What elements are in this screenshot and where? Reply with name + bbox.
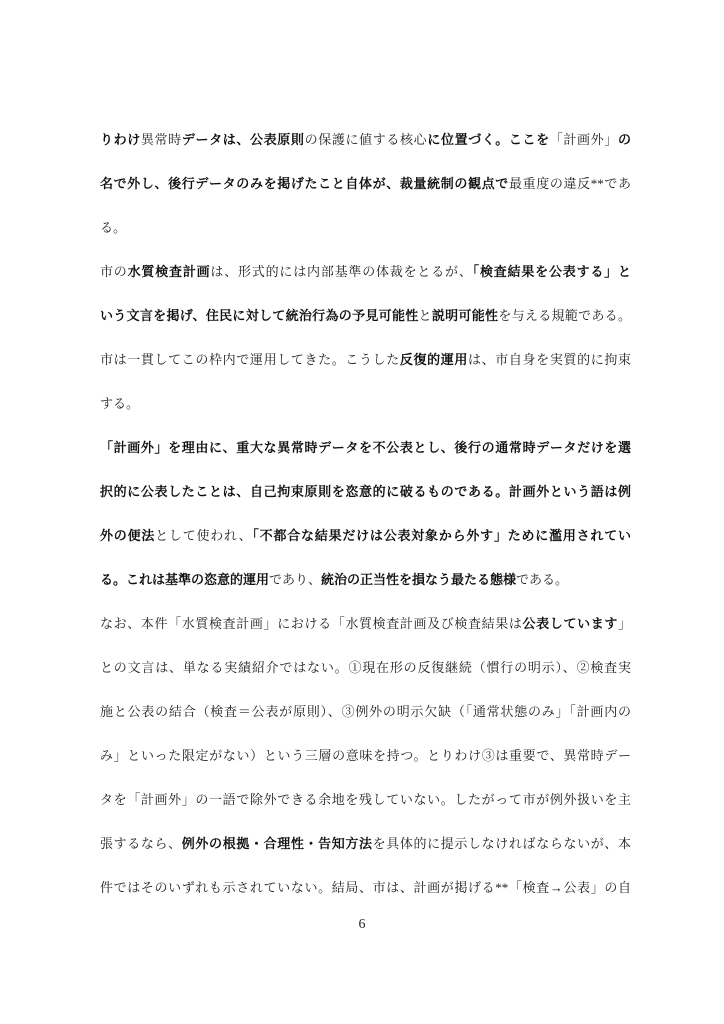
text-run: との文言は、単なる実績紹介ではない。①現在形の反復継続（慣行の明示）、②検査実 bbox=[100, 660, 631, 675]
text-run: と bbox=[419, 308, 432, 323]
text-run: る。 bbox=[100, 220, 126, 235]
bold-text-run: 「検査結果を公表する」と bbox=[473, 264, 631, 279]
bold-text-run: 外の便法 bbox=[100, 528, 155, 543]
text-run: として使われ、 bbox=[155, 528, 252, 543]
text-line: 件ではそのいずれも示されていない。結局、市は、計画が掲げる**「検査→公表」の自 bbox=[100, 866, 631, 910]
text-line: 外の便法として使われ、「不都合な結果だけは公表対象から外す」ために濫用されてい bbox=[100, 514, 631, 558]
text-line: いう文言を掲げ、住民に対して統治行為の予見可能性と説明可能性を与える規範である。 bbox=[100, 294, 631, 338]
text-line: 名で外し、後行データのみを掲げたこと自体が、裁量統制の観点で最重度の違反**であ bbox=[100, 162, 631, 206]
text-line: なお、本件「水質検査計画」における「水質検査計画及び検査結果は公表しています」 bbox=[100, 602, 631, 646]
bold-text-run: 公表しています bbox=[523, 616, 618, 631]
text-run: 最重度の違反**であ bbox=[509, 176, 631, 191]
text-line: 択的に公表したことは、自己拘束原則を恣意的に破るものである。計画外という語は例 bbox=[100, 470, 631, 514]
bold-text-run: る。これは基準の恣意的運用 bbox=[100, 572, 269, 587]
text-run: み」といった限定がない）という三層の意味を持つ。とりわけ③は重要で、異常時デー bbox=[100, 748, 631, 763]
text-line: る。これは基準の恣意的運用であり、統治の正当性を損なう最たる態様である。 bbox=[100, 558, 631, 602]
bold-text-run: データは、公表原則 bbox=[182, 132, 305, 147]
text-run: する。 bbox=[100, 396, 139, 411]
text-run: 張するなら、 bbox=[100, 836, 182, 851]
bold-text-run: 反復的運用 bbox=[400, 352, 468, 367]
text-run: タを「計画外」の一語で除外できる余地を残していない。したがって市が例外扱いを主 bbox=[100, 792, 631, 807]
text-line: 市は一貫してこの枠内で運用してきた。こうした反復的運用は、市自身を実質的に拘束 bbox=[100, 338, 631, 382]
page-number: 6 bbox=[0, 910, 724, 940]
text-run: であり、 bbox=[269, 572, 321, 587]
text-line: 「計画外」を理由に、重大な異常時データを不公表とし、後行の通常時データだけを選 bbox=[100, 426, 631, 470]
text-run: 件ではそのいずれも示されていない。結局、市は、計画が掲げる**「検査→公表」の自 bbox=[100, 880, 631, 895]
bold-text-run: の bbox=[618, 132, 631, 147]
text-run: 施と公表の結合（検査＝公表が原則）、③例外の明示欠缺（「通常状態のみ」「計画内の bbox=[100, 704, 631, 719]
text-line: 市の水質検査計画は、形式的には内部基準の体裁をとるが、「検査結果を公表する」と bbox=[100, 250, 631, 294]
text-run: は、市自身を実質的に拘束 bbox=[468, 352, 631, 367]
text-run: である。 bbox=[516, 572, 568, 587]
bold-text-run: 択的に公表したことは、自己拘束原則を恣意的に破るものである。計画外という語は例 bbox=[100, 484, 631, 499]
bold-text-run: 説明可能性 bbox=[432, 308, 498, 323]
bold-text-run: 名で外し、後行データのみを掲げたこと自体が、裁量統制の観点で bbox=[100, 176, 509, 191]
text-line: る。 bbox=[100, 206, 631, 250]
bold-text-run: 例外の根拠・合理性・告知方法 bbox=[182, 836, 373, 851]
text-run: 」 bbox=[618, 616, 631, 631]
document-page: りわけ異常時データは、公表原則の保護に値する核心に位置づく。ここを「計画外」の名… bbox=[0, 0, 724, 1024]
text-line: との文言は、単なる実績紹介ではない。①現在形の反復継続（慣行の明示）、②検査実 bbox=[100, 646, 631, 690]
text-run: 「計画外」 bbox=[550, 132, 618, 147]
text-run: 市は一貫してこの枠内で運用してきた。こうした bbox=[100, 352, 400, 367]
page-number-value: 6 bbox=[359, 917, 366, 932]
text-run: 市の bbox=[100, 264, 128, 279]
bold-text-run: 水質検査計画 bbox=[128, 264, 211, 279]
bold-text-run: に位置づく。ここを bbox=[427, 132, 549, 147]
text-line: 施と公表の結合（検査＝公表が原則）、③例外の明示欠缺（「通常状態のみ」「計画内の bbox=[100, 690, 631, 734]
text-run: を具体的に提示しなければならないが、本 bbox=[373, 836, 631, 851]
bold-text-run: 「不都合な結果だけは公表対象から外す」ために濫用されてい bbox=[252, 528, 631, 543]
text-run: は、形式的には内部基準の体裁をとるが、 bbox=[210, 264, 472, 279]
bold-text-run: 「計画外」を理由に、重大な異常時データを不公表とし、後行の通常時データだけを選 bbox=[100, 440, 631, 455]
bold-text-run: いう文言を掲げ、住民に対して統治行為の予見可能性 bbox=[100, 308, 419, 323]
text-line: み」といった限定がない）という三層の意味を持つ。とりわけ③は重要で、異常時デー bbox=[100, 734, 631, 778]
text-run: の保護に値する核心 bbox=[305, 132, 428, 147]
text-line: タを「計画外」の一語で除外できる余地を残していない。したがって市が例外扱いを主 bbox=[100, 778, 631, 822]
text-run: を与える規範である。 bbox=[498, 308, 631, 323]
text-line: りわけ異常時データは、公表原則の保護に値する核心に位置づく。ここを「計画外」の bbox=[100, 118, 631, 162]
text-line: 張するなら、例外の根拠・合理性・告知方法を具体的に提示しなければならないが、本 bbox=[100, 822, 631, 866]
text-line: する。 bbox=[100, 382, 631, 426]
text-run: なお、本件「水質検査計画」における「水質検査計画及び検査結果は bbox=[100, 616, 523, 631]
bold-text-run: 統治の正当性を損なう最たる態様 bbox=[321, 572, 516, 587]
text-run: 異常時 bbox=[141, 132, 182, 147]
bold-text-run: りわけ bbox=[100, 132, 141, 147]
text-block: りわけ異常時データは、公表原則の保護に値する核心に位置づく。ここを「計画外」の名… bbox=[100, 118, 631, 910]
